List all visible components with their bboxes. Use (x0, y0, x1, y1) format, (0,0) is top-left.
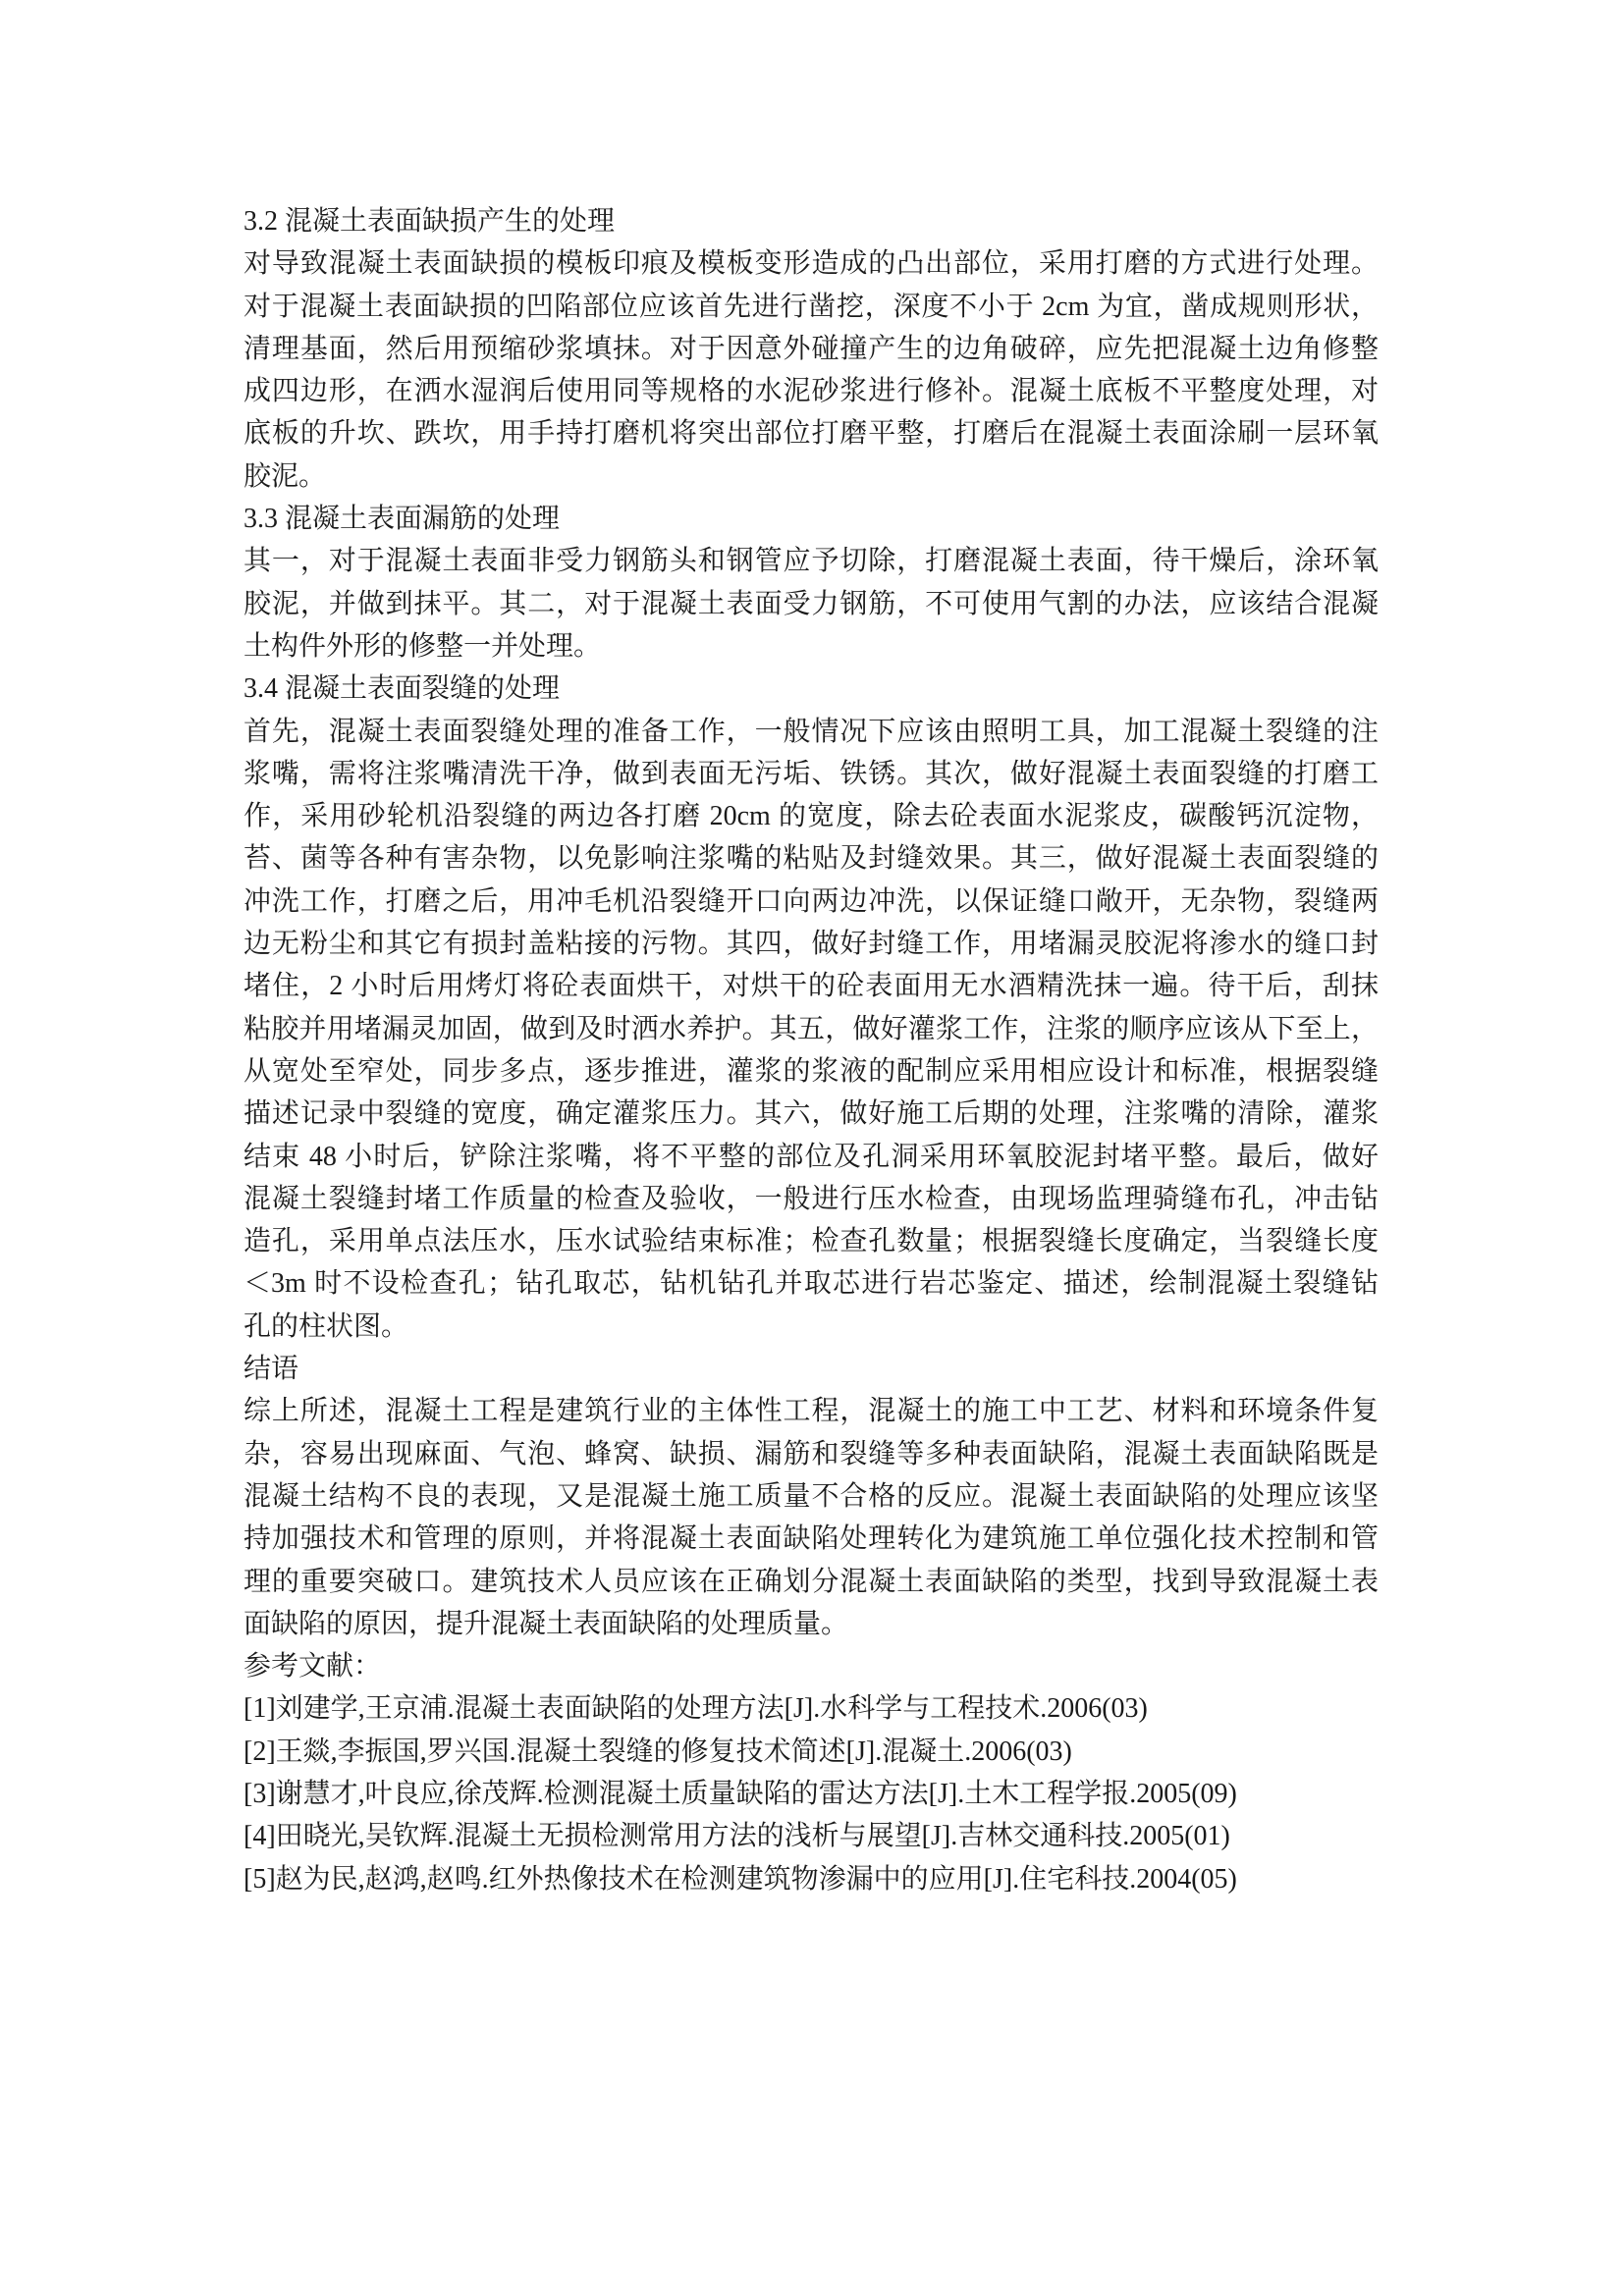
paragraph-line: 粘胶并用堵漏灵加固，做到及时洒水养护。其五，做好灌浆工作，注浆的顺序应该从下至上… (244, 1008, 1379, 1050)
section-heading-3-3: 3.3 混凝土表面漏筋的处理 (244, 498, 1379, 540)
document-page: 3.2 混凝土表面缺损产生的处理 对导致混凝土表面缺损的模板印痕及模板变形造成的… (0, 0, 1624, 2296)
paragraph-line: 持加强技术和管理的原则，并将混凝土表面缺陷处理转化为建筑施工单位强化技术控制和管 (244, 1518, 1379, 1560)
reference-item: [2]王燚,李振国,罗兴国.混凝土裂缝的修复技术简述[J].混凝土.2006(0… (244, 1731, 1379, 1773)
paragraph-line: 成四边形，在洒水湿润后使用同等规格的水泥砂浆进行修补。混凝土底板不平整度处理，对 (244, 370, 1379, 412)
paragraph-line: 对导致混凝土表面缺损的模板印痕及模板变形造成的凸出部位，采用打磨的方式进行处理。 (244, 242, 1379, 285)
paragraph-line: 面缺陷的原因，提升混凝土表面缺陷的处理质量。 (244, 1603, 1379, 1645)
paragraph-line: ＜3m 时不设检查孔；钻孔取芯，钻机钻孔并取芯进行岩芯鉴定、描述，绘制混凝土裂缝… (244, 1262, 1379, 1305)
paragraph-line: 理的重要突破口。建筑技术人员应该在正确划分混凝土表面缺陷的类型，找到导致混凝土表 (244, 1561, 1379, 1603)
paragraph-line: 作，采用砂轮机沿裂缝的两边各打磨 20cm 的宽度，除去砼表面水泥浆皮，碳酸钙沉… (244, 795, 1379, 837)
paragraph-line: 堵住，2 小时后用烤灯将砼表面烘干，对烘干的砼表面用无水酒精洗抹一遍。待干后，刮… (244, 965, 1379, 1007)
reference-item: [1]刘建学,王京浦.混凝土表面缺陷的处理方法[J].水科学与工程技术.2006… (244, 1687, 1379, 1730)
paragraph-line: 底板的升坎、跌坎，用手持打磨机将突出部位打磨平整，打磨后在混凝土表面涂刷一层环氧 (244, 412, 1379, 454)
paragraph-line: 结束 48 小时后，铲除注浆嘴，将不平整的部位及孔洞采用环氧胶泥封堵平整。最后，… (244, 1136, 1379, 1178)
paragraph-line: 混凝土裂缝封堵工作质量的检查及验收，一般进行压水检查，由现场监理骑缝布孔，冲击钻 (244, 1178, 1379, 1220)
text-block: 3.2 混凝土表面缺损产生的处理 对导致混凝土表面缺损的模板印痕及模板变形造成的… (244, 200, 1379, 1900)
reference-item: [4]田晓光,吴钦辉.混凝土无损检测常用方法的浅析与展望[J].吉林交通科技.2… (244, 1815, 1379, 1857)
paragraph-line: 胶泥，并做到抹平。其二，对于混凝土表面受力钢筋，不可使用气割的办法，应该结合混凝 (244, 583, 1379, 625)
paragraph-line: 边无粉尘和其它有损封盖粘接的污物。其四，做好封缝工作，用堵漏灵胶泥将渗水的缝口封 (244, 923, 1379, 965)
section-heading-conclusion: 结语 (244, 1348, 1379, 1390)
paragraph-line: 孔的柱状图。 (244, 1306, 1379, 1348)
reference-item: [3]谢慧才,叶良应,徐茂辉.检测混凝土质量缺陷的雷达方法[J].土木工程学报.… (244, 1773, 1379, 1815)
references-heading: 参考文献： (244, 1645, 1379, 1687)
paragraph-line: 胶泥。 (244, 455, 1379, 498)
section-heading-3-2: 3.2 混凝土表面缺损产生的处理 (244, 200, 1379, 242)
paragraph-line: 描述记录中裂缝的宽度，确定灌浆压力。其六，做好施工后期的处理，注浆嘴的清除，灌浆 (244, 1093, 1379, 1135)
paragraph-line: 混凝土结构不良的表现，又是混凝土施工质量不合格的反应。混凝土表面缺陷的处理应该坚 (244, 1475, 1379, 1518)
reference-item: [5]赵为民,赵鸿,赵鸣.红外热像技术在检测建筑物渗漏中的应用[J].住宅科技.… (244, 1858, 1379, 1900)
paragraph-line: 杂，容易出现麻面、气泡、蜂窝、缺损、漏筋和裂缝等多种表面缺陷，混凝土表面缺陷既是 (244, 1433, 1379, 1475)
paragraph-line: 综上所述，混凝土工程是建筑行业的主体性工程，混凝土的施工中工艺、材料和环境条件复 (244, 1390, 1379, 1432)
paragraph-line: 首先，混凝土表面裂缝处理的准备工作，一般情况下应该由照明工具，加工混凝土裂缝的注 (244, 711, 1379, 753)
section-heading-3-4: 3.4 混凝土表面裂缝的处理 (244, 667, 1379, 710)
paragraph-line: 苔、菌等各种有害杂物，以免影响注浆嘴的粘贴及封缝效果。其三，做好混凝土表面裂缝的 (244, 837, 1379, 880)
paragraph-line: 土构件外形的修整一并处理。 (244, 625, 1379, 667)
paragraph-line: 冲洗工作，打磨之后，用冲毛机沿裂缝开口向两边冲洗，以保证缝口敞开，无杂物，裂缝两 (244, 881, 1379, 923)
paragraph-line: 从宽处至窄处，同步多点，逐步推进，灌浆的浆液的配制应采用相应设计和标准，根据裂缝 (244, 1050, 1379, 1093)
paragraph-line: 造孔，采用单点法压水，压水试验结束标准；检查孔数量；根据裂缝长度确定，当裂缝长度 (244, 1220, 1379, 1262)
paragraph-line: 清理基面，然后用预缩砂浆填抹。对于因意外碰撞产生的边角破碎，应先把混凝土边角修整 (244, 328, 1379, 370)
paragraph-line: 对于混凝土表面缺损的凹陷部位应该首先进行凿挖，深度不小于 2cm 为宜，凿成规则… (244, 286, 1379, 328)
paragraph-line: 浆嘴，需将注浆嘴清洗干净，做到表面无污垢、铁锈。其次，做好混凝土表面裂缝的打磨工 (244, 753, 1379, 795)
paragraph-line: 其一，对于混凝土表面非受力钢筋头和钢管应予切除，打磨混凝土表面，待干燥后，涂环氧 (244, 540, 1379, 582)
